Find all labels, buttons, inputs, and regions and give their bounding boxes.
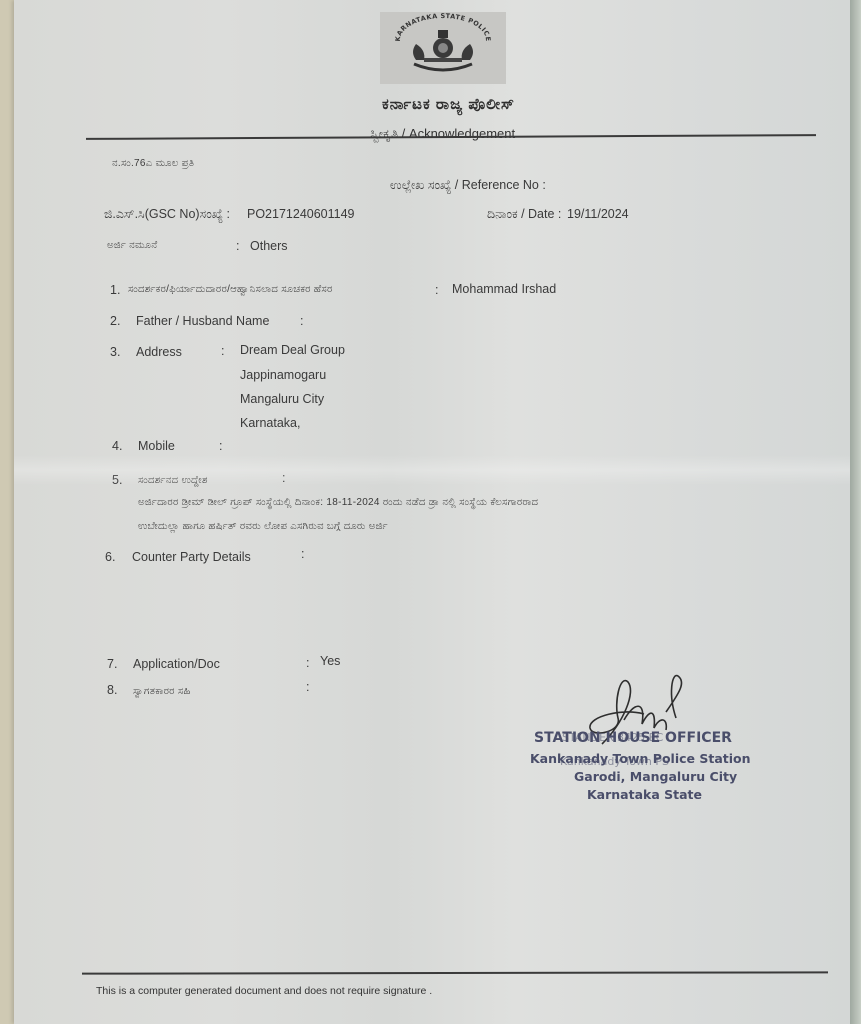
stamp-state: Karnataka State <box>587 787 702 802</box>
stamp-overprint-2: Kankanady Town PS <box>560 755 669 768</box>
petition-type-separator: : <box>236 239 239 253</box>
reference-label: ಉಲ್ಲೇಖ ಸಂಖ್ಯೆ / Reference No : <box>390 178 546 193</box>
visitor-name: Mohammad Irshad <box>452 282 556 296</box>
field-6-number: 6. <box>105 550 115 564</box>
field-1-number: 1. <box>110 283 120 297</box>
field-7-separator: : <box>306 656 309 670</box>
field-2-label: Father / Husband Name <box>136 314 269 328</box>
document-title: ಸ್ವೀಕೃತಿ / Acknowledgement <box>370 126 515 142</box>
gsc-label: ಜಿ.ಎಸ್.ಸಿ(GSC No)ಸಂಖ್ಯೆ : <box>104 207 230 222</box>
background-surface <box>850 0 861 1024</box>
petition-type-label: ಅರ್ಜಿ ನಮೂನೆ <box>107 240 157 251</box>
field-6-label: Counter Party Details <box>132 550 251 564</box>
form-number: ನ.ಸಂ.76ಎ ಮೂಲ ಪ್ರತಿ <box>112 158 194 169</box>
field-1-separator: : <box>435 283 438 297</box>
field-4-number: 4. <box>112 439 122 453</box>
address-line-2: Jappinamogaru <box>240 368 326 382</box>
date-label: ದಿನಾಂಕ / Date : <box>487 207 561 222</box>
address-line-4: Karnataka, <box>240 416 300 430</box>
field-4-label: Mobile <box>138 439 175 453</box>
field-5-number: 5. <box>112 473 122 487</box>
visit-purpose-line-2: ಉಬೇದುಲ್ಲಾ ಹಾಗೂ ಹರ್ಷಿತ್ ರವರು ಲೋಪ ಎಸಗಿರುವ … <box>138 521 388 532</box>
field-5-separator: : <box>282 471 285 485</box>
field-3-separator: : <box>221 344 224 358</box>
field-8-label: ಸ್ವಾಗತಕಾರರ ಸಹಿ <box>133 686 191 697</box>
field-3-number: 3. <box>110 345 120 359</box>
footer-divider <box>82 971 828 974</box>
visit-purpose-line-1: ಅರ್ಜಿದಾರರ ಡ್ರೀಮ್ ಡೀಲ್ ಗ್ರೂಪ್ ಸಂಸ್ಥೆಯಲ್ಲಿ… <box>138 497 538 508</box>
field-2-number: 2. <box>110 314 120 328</box>
department-name-kannada: ಕರ್ನಾಟಕ ರಾಜ್ಯ ಪೊಲೀಸ್ <box>382 96 515 113</box>
police-emblem-icon: KARNATAKA STATE POLICE <box>380 12 506 84</box>
field-6-separator: : <box>301 547 304 561</box>
field-4-separator: : <box>219 439 222 453</box>
address-line-1: Dream Deal Group <box>240 343 345 357</box>
field-2-separator: : <box>300 314 303 328</box>
field-7-label: Application/Doc <box>133 657 220 671</box>
field-8-number: 8. <box>107 683 117 697</box>
gsc-number: PO2171240601149 <box>247 207 355 221</box>
stamp-location: Garodi, Mangaluru City <box>574 769 737 784</box>
field-8-separator: : <box>306 680 309 694</box>
petition-type-value: Others <box>250 239 288 253</box>
field-1-label: ಸಂದರ್ಶಕರ/ಫಿರ್ಯಾದುದಾರರ/ಆಹ್ವಾನಿಸಲಾದ ಸೂಚಕರ … <box>128 284 333 295</box>
address-line-3: Mangaluru City <box>240 392 324 406</box>
field-7-number: 7. <box>107 657 117 671</box>
stamp-overprint-1: STANDER 3425 EC <box>562 731 663 744</box>
document-page: KARNATAKA STATE POLICE ಕರ್ನಾಟಕ ರಾಜ್ಯ ಪೊಲ… <box>14 0 850 1024</box>
application-doc-value: Yes <box>320 654 340 668</box>
field-3-label: Address <box>136 345 182 359</box>
field-5-label: ಸಂದರ್ಶನದ ಉದ್ದೇಶ <box>138 475 208 486</box>
footer-note: This is a computer generated document an… <box>96 985 432 997</box>
date-value: 19/11/2024 <box>567 207 629 221</box>
